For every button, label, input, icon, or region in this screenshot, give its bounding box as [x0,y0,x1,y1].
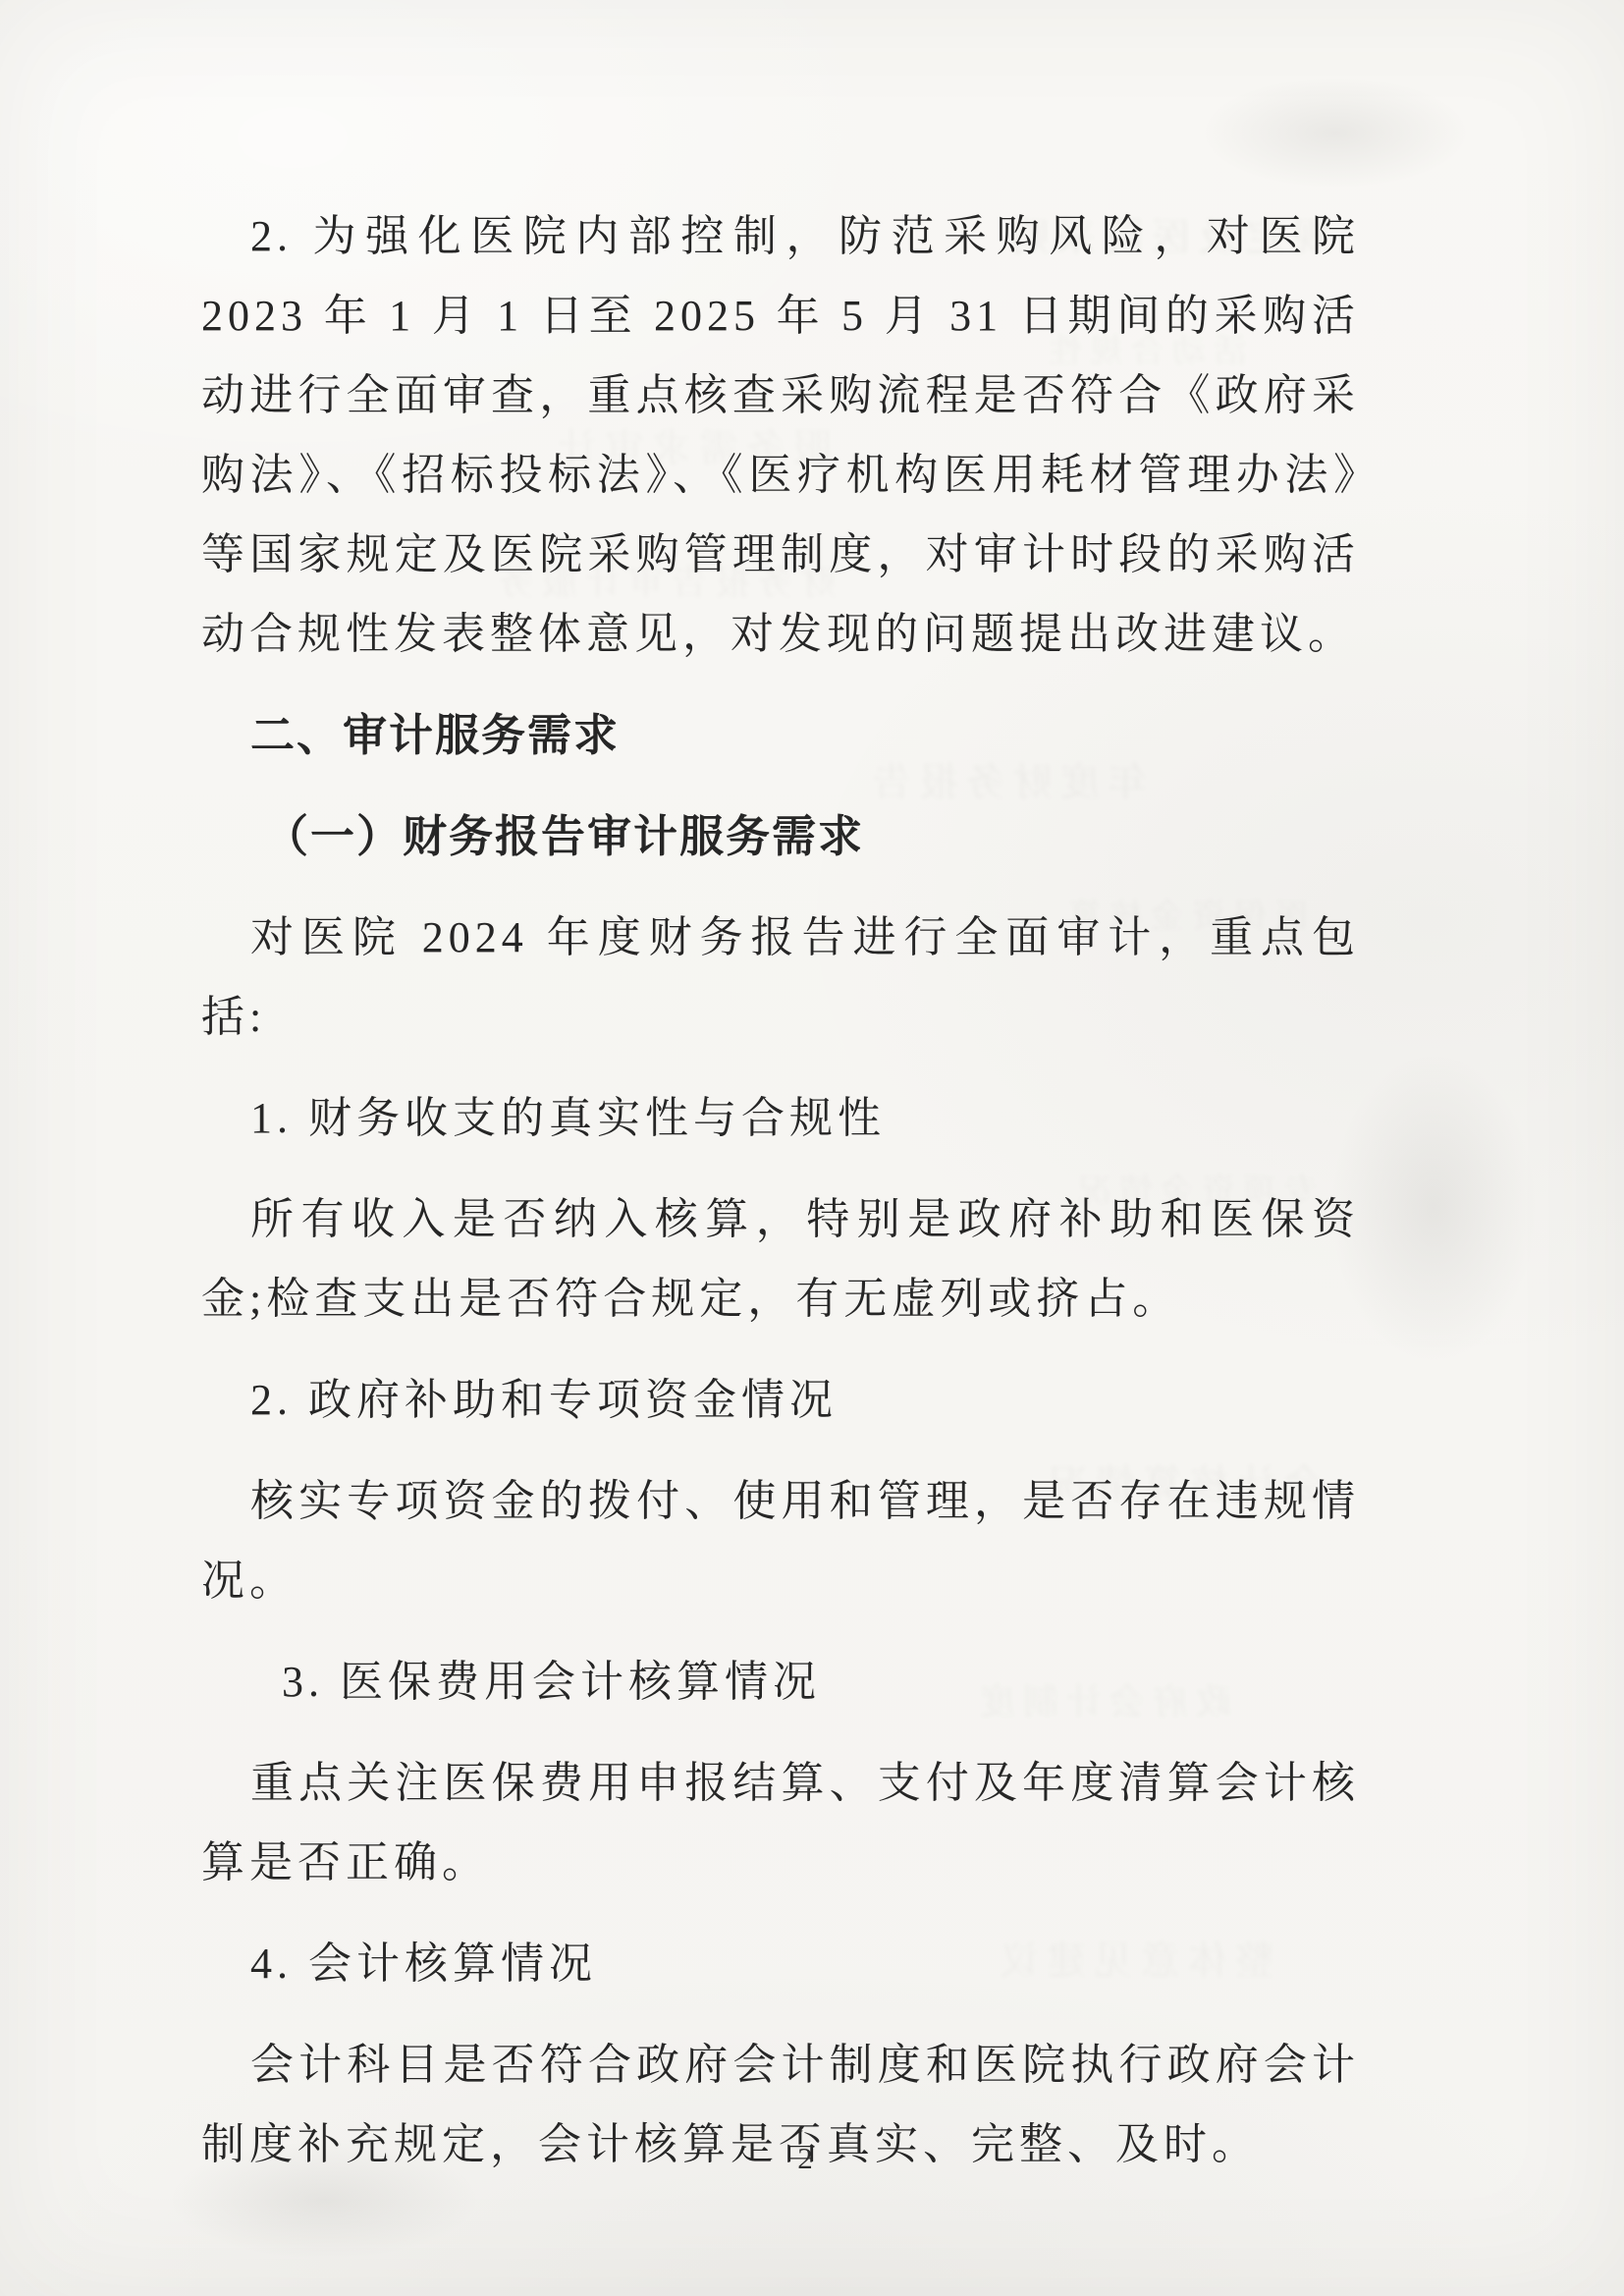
item-3-medical-insurance-accounting: 3. 医保费用会计核算情况 [201,1642,1360,1722]
page-number: 2 [0,2139,1610,2178]
paragraph-special-funds-detail: 核实专项资金的拨付、使用和管理，是否存在违规情况。 [201,1461,1360,1620]
paragraph-2024-financial-report-audit-intro: 对医院 2024 年度财务报告进行全面审计，重点包括: [201,898,1360,1057]
item-4-accounting-situation: 4. 会计核算情况 [201,1924,1360,2003]
heading-audit-service-requirements: 二、审计服务需求 [250,695,1360,775]
document-body: 2. 为强化医院内部控制，防范采购风险，对医院 2023 年 1 月 1 日至 … [201,196,1360,2206]
item-2-government-subsidy-special-funds: 2. 政府补助和专项资金情况 [201,1360,1360,1440]
paragraph-revenue-expenditure-detail: 所有收入是否纳入核算，特别是政府补助和医保资金;检查支出是否符合规定，有无虚列或… [201,1179,1360,1339]
scanned-document-page: 规定及医院采购 活动合规性 服务需求审计 财务报告审计服务 年度财务报告 医保资… [0,0,1624,2296]
paragraph-procurement-audit-scope: 2. 为强化医院内部控制，防范采购风险，对医院 2023 年 1 月 1 日至 … [201,196,1360,674]
paragraph-medical-insurance-detail: 重点关注医保费用申报结算、支付及年度清算会计核算是否正确。 [201,1743,1360,1902]
scan-smudge [1159,59,1512,206]
item-1-revenue-expenditure-truthfulness: 1. 财务收支的真实性与合规性 [201,1078,1360,1158]
heading-financial-report-audit-requirements: （一）财务报告审计服务需求 [264,796,1360,876]
